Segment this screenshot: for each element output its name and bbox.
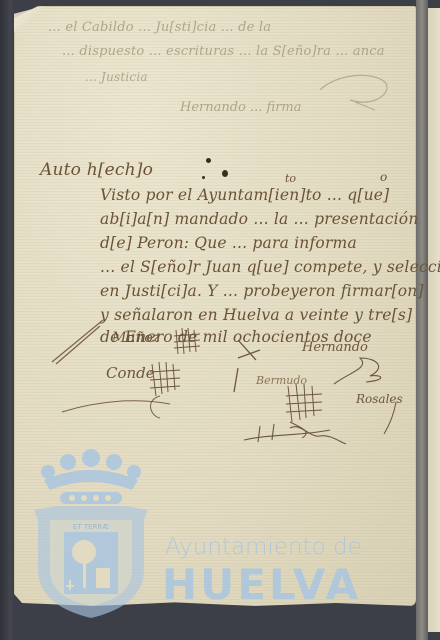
adjacent-page-edge [428,8,440,632]
rubric-flourish-icon [240,418,350,448]
closing-stroke-icon [48,318,108,368]
cross-mark-icon [234,336,264,362]
body-line-3: d[e] Peron: Que ... para informa [100,234,357,252]
ink-blot [222,170,228,177]
cross-mark-icon [230,366,244,394]
crest-motto-top: ET TERRÆ [73,523,109,531]
faded-header-line-2: ... dispuesto ... escrituras ... la S[eñ… [62,44,385,59]
superscript-1: to [285,172,296,185]
watermark-line-2: HUELVA [162,560,361,609]
rubric-icon [172,326,202,356]
body-line-5: en Justi[ci]a. Y ... probeyeron firmar[o… [100,282,424,300]
body-line-2: ab[i]a[n] mandado ... la ... presentació… [100,210,419,228]
superscript-2: o [380,170,387,184]
faded-header-signature: Hernando ... firma [180,100,302,115]
signature-hernando: Hernando [302,340,368,355]
huelva-crest-watermark-icon: ET TERRÆ [26,440,156,620]
faded-header-line-3: ... Justicia [85,70,148,84]
margin-heading: Auto h[ech]o [40,160,153,180]
faded-header-line-1: ... el Cabildo ... Ju[sti]cia ... de la [48,20,271,35]
rubric-flourish-icon [330,354,390,388]
body-line-4: ... el S[eño]r Juan q[ue] compete, y sel… [100,258,440,276]
rubric-flourish-icon [380,400,400,436]
book-gutter [416,0,428,640]
body-line-1: Visto por el Ayuntam[ien]to ... q[ue] [100,186,389,204]
faded-rubric-icon [315,70,395,115]
ink-blot [206,158,211,163]
watermark-line-1: Ayuntamiento de [165,534,362,560]
signature-munoz: Muñoz [112,330,160,346]
ink-blot [202,176,205,179]
rubric-flourish-icon [60,390,180,420]
body-line-6: y señalaron en Huelva a veinte y tre[s] [100,306,412,324]
